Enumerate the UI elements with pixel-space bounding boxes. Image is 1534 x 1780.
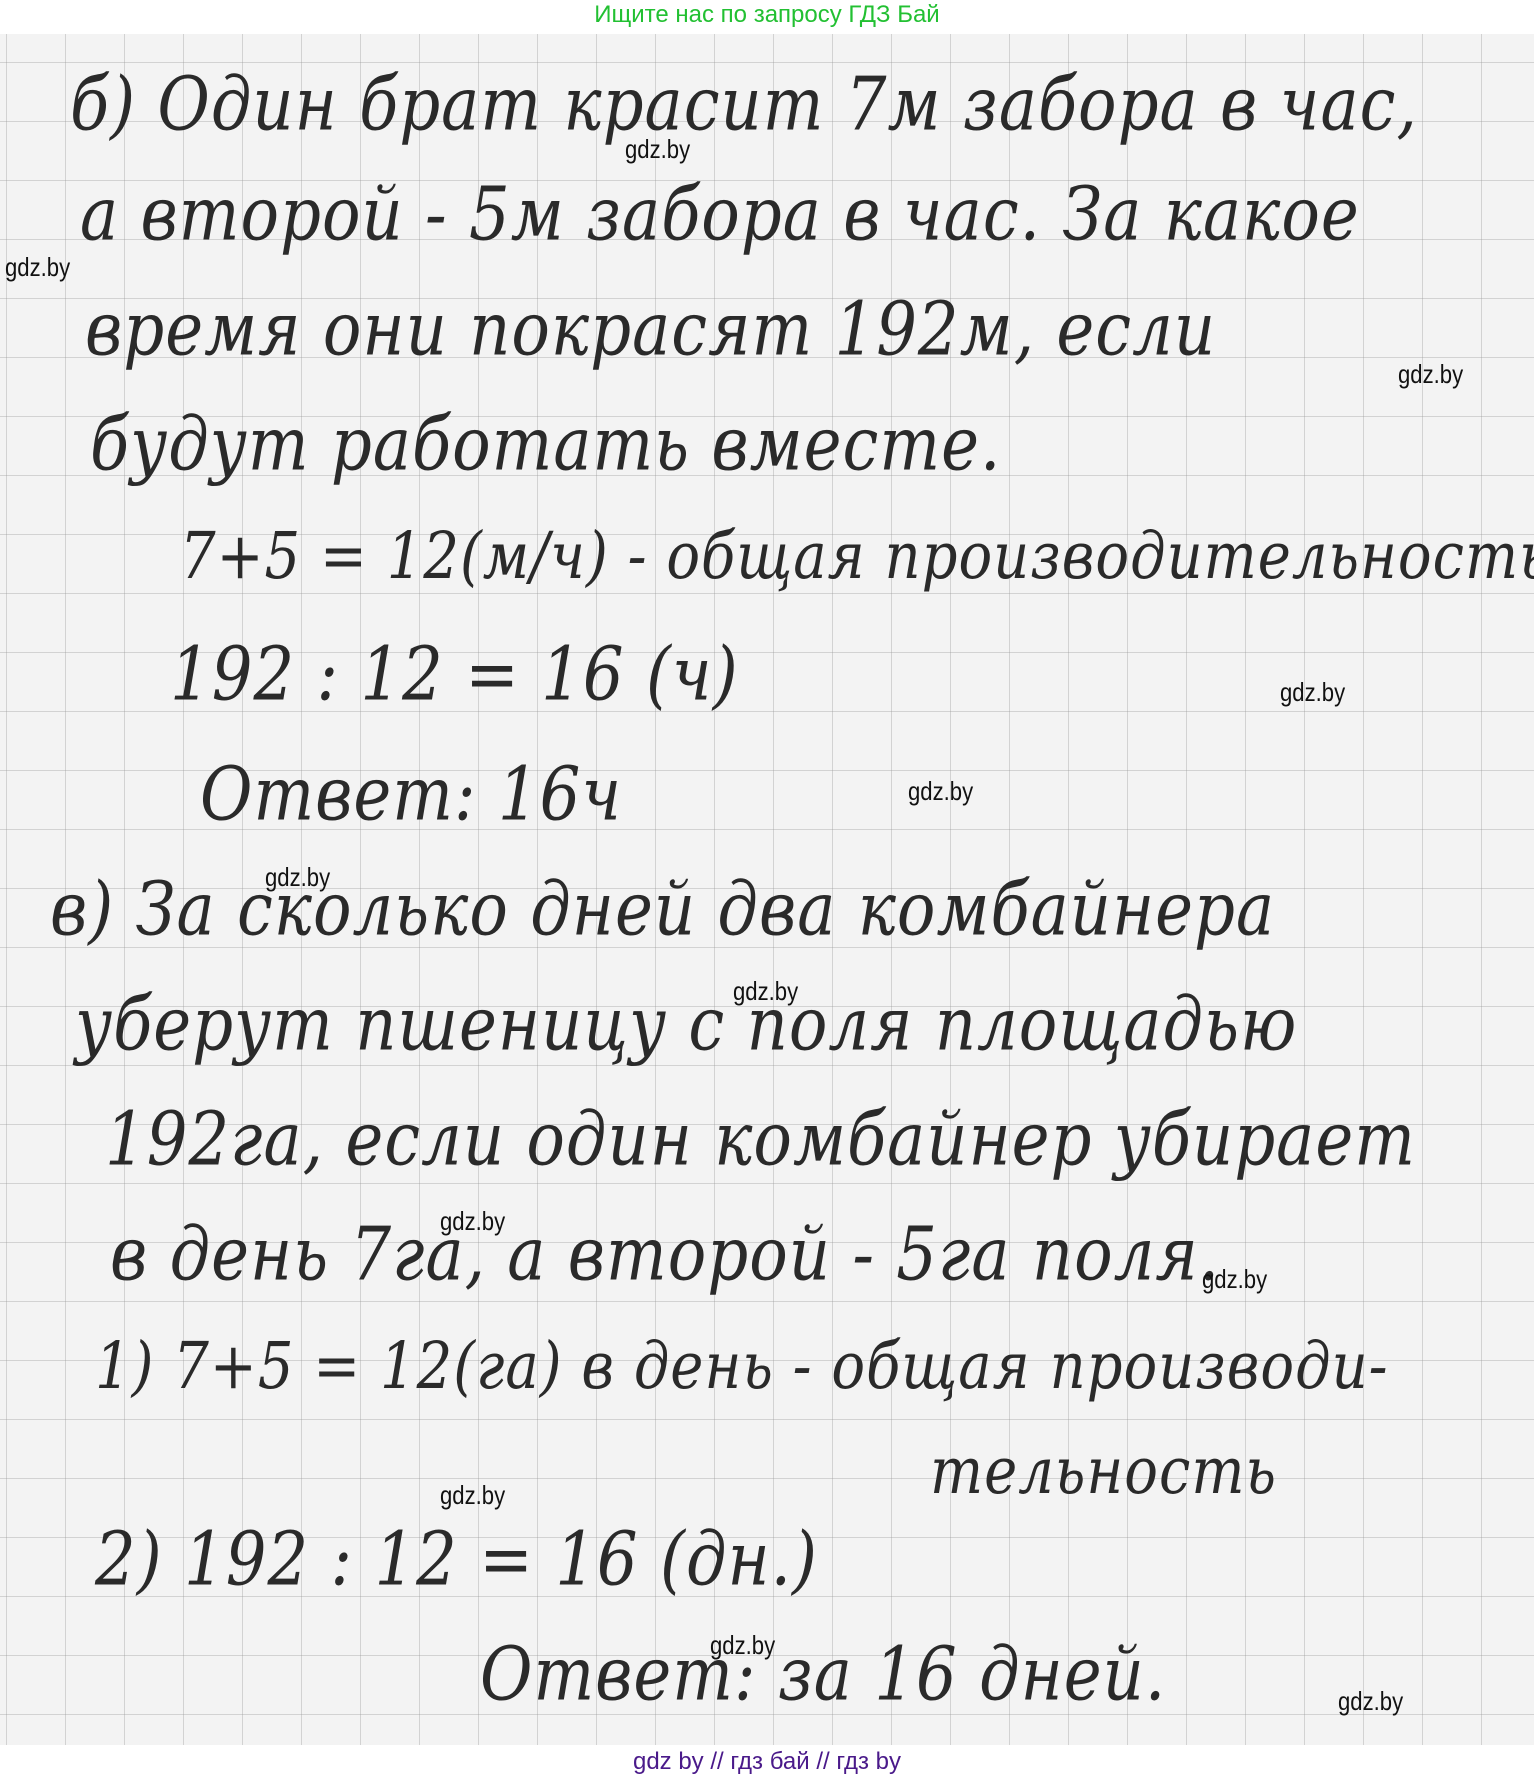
problem-b-line-1: б) Один брат красит 7м забора в час, <box>70 63 1418 148</box>
watermark: gdz.by <box>1280 677 1345 708</box>
watermark: gdz.by <box>440 1480 505 1511</box>
problem-v-solution-2: 2) 192 : 12 = 16 (дн.) <box>95 1518 818 1603</box>
watermark: gdz.by <box>5 252 70 283</box>
search-hint-banner: Ищите нас по запросу ГДЗ Бай <box>0 0 1534 34</box>
problem-v-solution-1-cont: тельность <box>930 1434 1277 1509</box>
problem-v-line-3: 192га, если один комбайнер убирает <box>105 1098 1416 1183</box>
problem-b-solution-1: 7+5 = 12(м/ч) - общая производительность <box>180 519 1534 594</box>
problem-b-line-2: а второй - 5м забора в час. За какое <box>80 173 1360 258</box>
watermark: gdz.by <box>710 1630 775 1661</box>
watermark: gdz.by <box>440 1206 505 1237</box>
watermark: gdz.by <box>265 862 330 893</box>
problem-b-line-3: время они покрасят 192м, если <box>85 288 1216 373</box>
watermark: gdz.by <box>908 776 973 807</box>
watermark: gdz.by <box>625 134 690 165</box>
notebook-page: б) Один брат красит 7м забора в час, а в… <box>0 34 1534 1745</box>
problem-v-line-1: в) За сколько дней два комбайнера <box>50 868 1275 953</box>
watermark: gdz.by <box>1398 359 1463 390</box>
problem-v-solution-1: 1) 7+5 = 12(га) в день - общая производи… <box>95 1329 1389 1404</box>
problem-b-solution-2: 192 : 12 = 16 (ч) <box>170 633 739 718</box>
problem-b-line-4: будут работать вместе. <box>90 403 1001 488</box>
problem-b-answer: Ответ: 16ч <box>200 753 622 838</box>
problem-v-line-2: уберут пшеницу с поля площадью <box>75 983 1297 1068</box>
watermark: gdz.by <box>1202 1264 1267 1295</box>
watermark: gdz.by <box>733 976 798 1007</box>
watermark: gdz.by <box>1338 1686 1403 1717</box>
problem-v-line-4: в день 7га, а второй - 5га поля. <box>110 1213 1220 1298</box>
site-links-footer: gdz by // гдз бай // гдз by <box>0 1745 1534 1780</box>
problem-v-answer: Ответ: за 16 дней. <box>480 1633 1166 1718</box>
